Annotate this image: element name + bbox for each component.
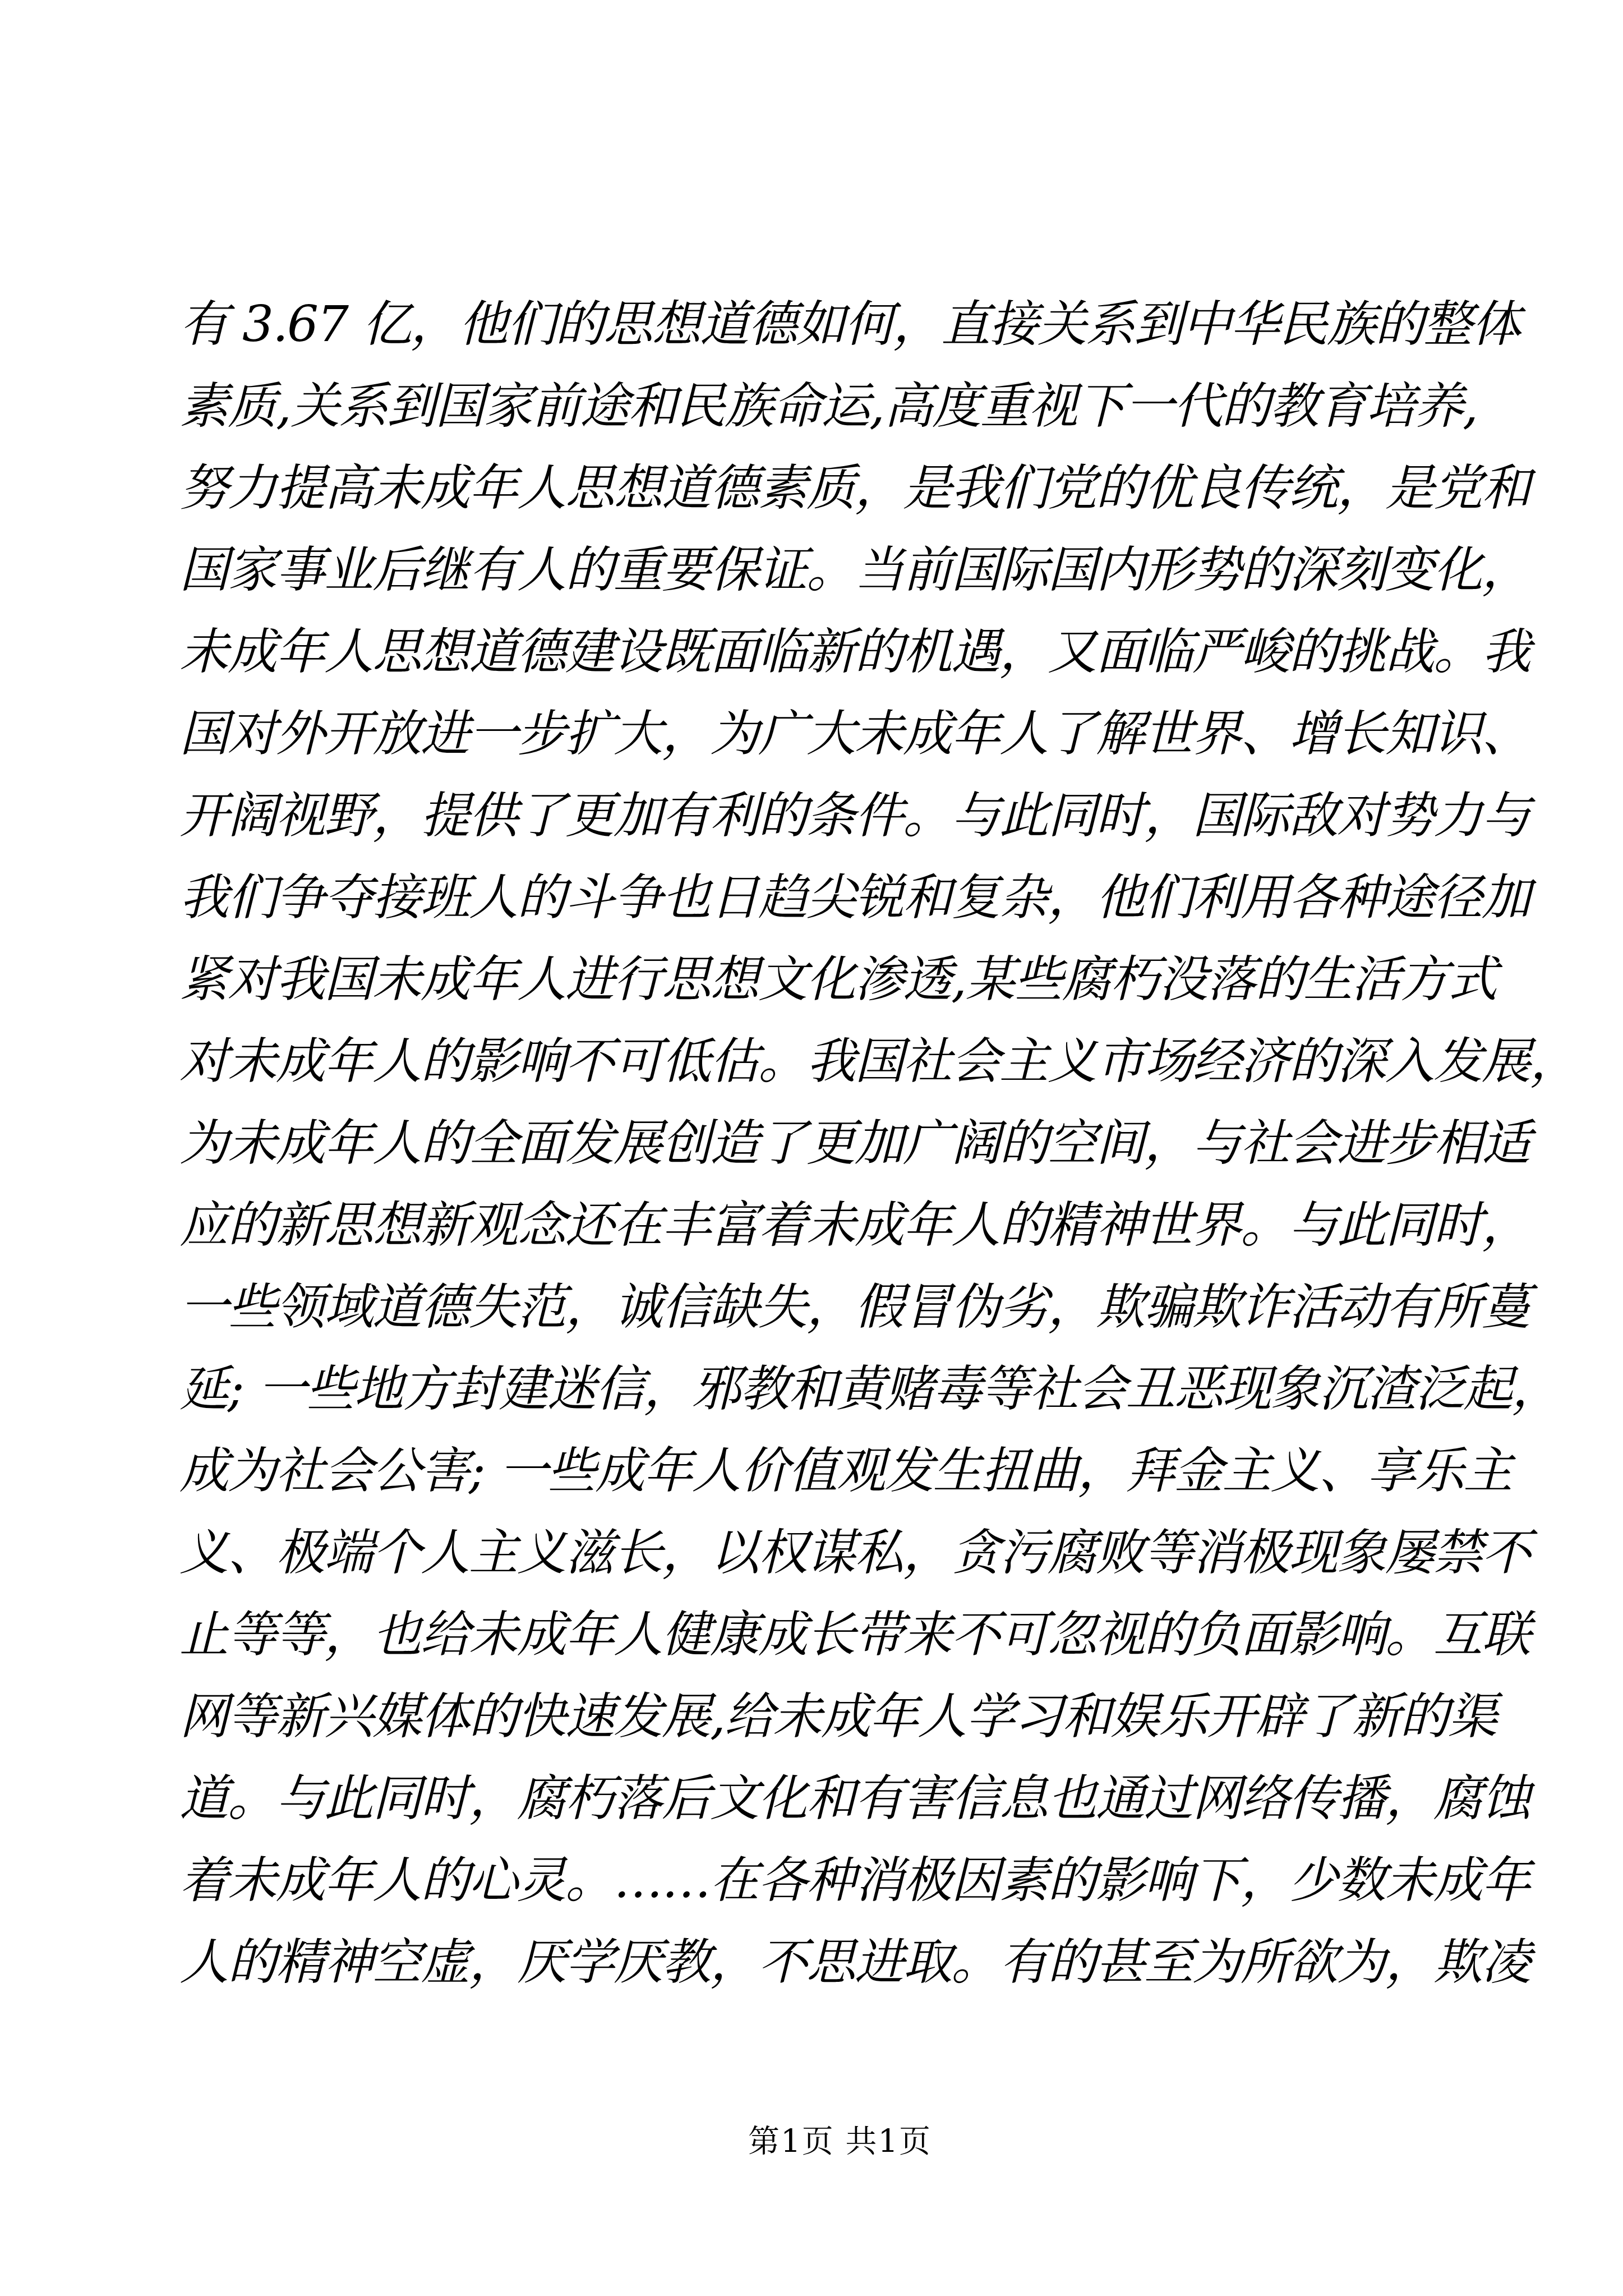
body-line: 国家事业后继有人的重要保证。当前国际国内形势的深刻变化， [179,529,1430,611]
body-line: 我们争夺接班人的斗争也日趋尖锐和复杂，他们利用各种途径加 [179,857,1430,938]
body-line: 未成年人思想道德建设既面临新的机遇，又面临严峻的挑战。我 [179,611,1430,693]
body-line: 国对外开放进一步扩大，为广大未成年人了解世界、增长知识、 [179,693,1430,775]
body-line: 人的精神空虚，厌学厌教，不思进取。有的甚至为所欲为，欺凌 [179,1921,1430,2003]
body-line: 开阔视野，提供了更加有利的条件。与此同时，国际敌对势力与 [179,775,1430,857]
body-line: 为未成年人的全面发展创造了更加广阔的空间，与社会进步相适 [179,1102,1430,1184]
document-page: 有 3.67 亿，他们的思想道德如何，直接关系到中华民族的整体素质,关系到国家前… [0,0,1623,2296]
body-line: 努力提高未成年人思想道德素质，是我们党的优良传统，是党和 [179,447,1430,529]
body-line: 着未成年人的心灵。……在各种消极因素的影响下，少数未成年 [179,1839,1430,1921]
body-line: 网等新兴媒体的快速发展,给未成年人学习和娱乐开辟了新的渠 [179,1676,1430,1757]
document-body: 有 3.67 亿，他们的思想道德如何，直接关系到中华民族的整体素质,关系到国家前… [179,283,1430,2003]
body-line: 对未成年人的影响不可低估。我国社会主义市场经济的深入发展， [179,1020,1430,1102]
body-line: 止等等，也给未成年人健康成长带来不可忽视的负面影响。互联 [179,1594,1430,1676]
body-line: 素质,关系到国家前途和民族命运,高度重视下一代的教育培养, [179,365,1430,447]
page-number-indicator: 第1页 共1页 [748,2123,932,2160]
body-line: 延; 一些地方封建迷信，邪教和黄赌毒等社会丑恶现象沉渣泛起， [179,1348,1430,1430]
body-line: 有 3.67 亿，他们的思想道德如何，直接关系到中华民族的整体 [179,283,1430,365]
body-line: 一些领域道德失范，诚信缺失，假冒伪劣，欺骗欺诈活动有所蔓 [179,1266,1430,1348]
body-line: 应的新思想新观念还在丰富着未成年人的精神世界。与此同时， [179,1184,1430,1266]
body-line: 道。与此同时，腐朽落后文化和有害信息也通过网络传播，腐蚀 [179,1757,1430,1839]
body-line: 义、极端个人主义滋长，以权谋私，贪污腐败等消极现象屡禁不 [179,1512,1430,1594]
page-footer: 第1页 共1页 [748,2126,932,2157]
body-line: 成为社会公害; 一些成年人价值观发生扭曲，拜金主义、享乐主 [179,1430,1430,1512]
body-line: 紧对我国未成年人进行思想文化渗透,某些腐朽没落的生活方式 [179,938,1430,1020]
